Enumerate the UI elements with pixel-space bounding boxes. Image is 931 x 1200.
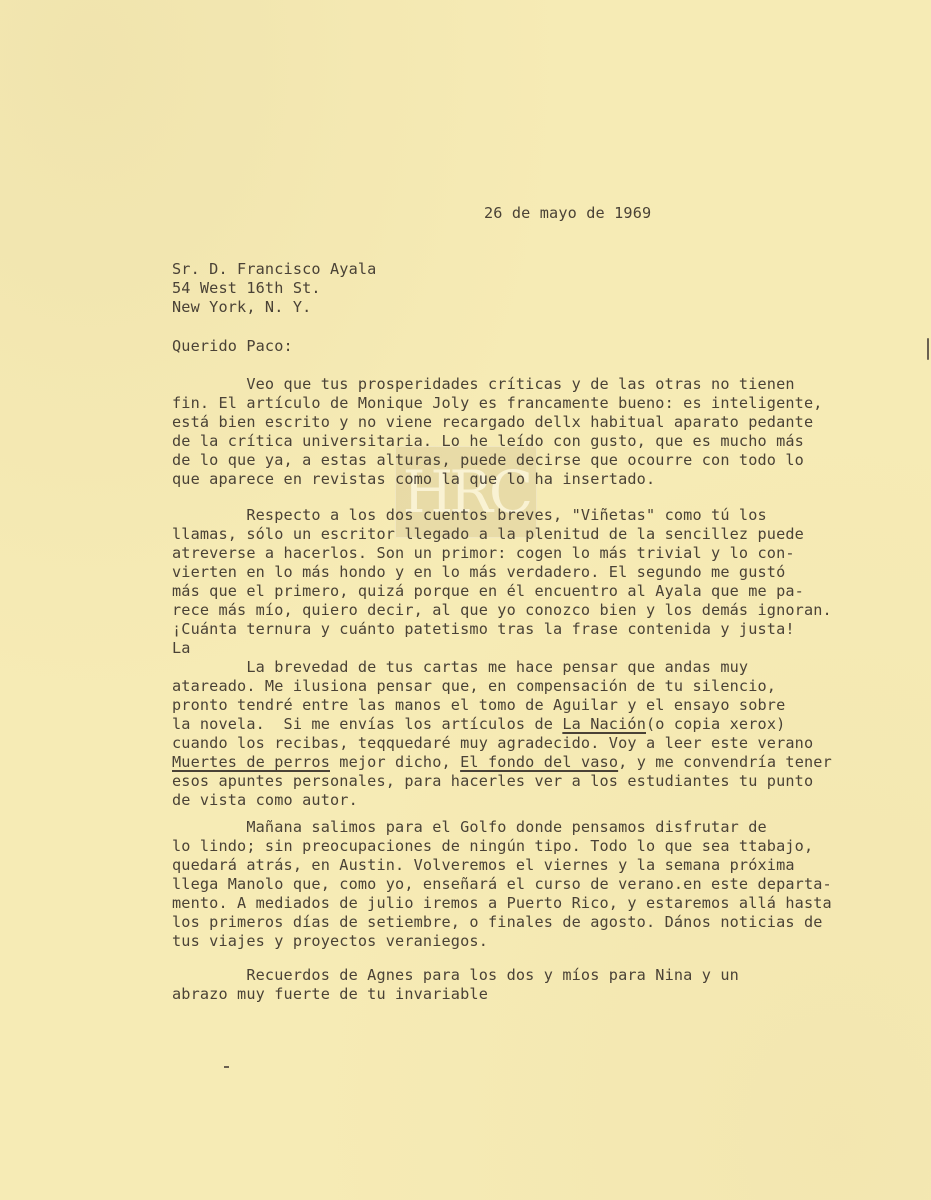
text-line: que aparece en revistas como la que lo h… bbox=[172, 470, 655, 489]
text-line: de vista como autor. bbox=[172, 791, 358, 810]
text-segment: , y me convendría tener bbox=[618, 753, 832, 771]
text-line: de la crítica universitaria. Lo he leído… bbox=[172, 432, 804, 451]
text-line: Recuerdos de Agnes para los dos y míos p… bbox=[172, 966, 739, 985]
recipient-street: 54 West 16th St. bbox=[172, 279, 321, 298]
text-line: quedará atrás, en Austin. Volveremos el … bbox=[172, 856, 795, 875]
underlined-title-muertes-de-perros: Muertes de perros bbox=[172, 753, 330, 771]
text-line: atareado. Me ilusiona pensar que, en com… bbox=[172, 677, 776, 696]
salutation: Querido Paco: bbox=[172, 337, 293, 356]
text-line: vierten en lo más hondo y en lo más verd… bbox=[172, 563, 785, 582]
text-line: más que el primero, quizá porque en él e… bbox=[172, 582, 804, 601]
text-line: los primeros días de setiembre, o finale… bbox=[172, 913, 823, 932]
text-line: la novela. Si me envías los artículos de… bbox=[172, 715, 785, 734]
text-line: atreverse a hacerlos. Son un primor: cog… bbox=[172, 544, 795, 563]
letter-date: 26 de mayo de 1969 bbox=[484, 204, 651, 223]
text-segment: la novela. Si me envías los artículos de bbox=[172, 715, 562, 733]
text-line: mento. A mediados de julio iremos a Puer… bbox=[172, 894, 832, 913]
recipient-city: New York, N. Y. bbox=[172, 298, 311, 317]
margin-mark bbox=[927, 338, 929, 360]
text-line: rece más mío, quiero decir, al que yo co… bbox=[172, 601, 832, 620]
text-line: pronto tendré entre las manos el tomo de… bbox=[172, 696, 785, 715]
recipient-name: Sr. D. Francisco Ayala bbox=[172, 260, 376, 279]
text-line: Veo que tus prosperidades críticas y de … bbox=[172, 375, 795, 394]
text-line: Muertes de perros mejor dicho, El fondo … bbox=[172, 753, 832, 772]
text-line: está bien escrito y no viene recargado d… bbox=[172, 413, 813, 432]
text-line: ¡Cuánta ternura y cuánto patetismo tras … bbox=[172, 620, 795, 639]
underlined-title-el-fondo-del-vaso: El fondo del vaso bbox=[460, 753, 618, 771]
text-line: abrazo muy fuerte de tu invariable bbox=[172, 985, 488, 1004]
text-line: La brevedad de tus cartas me hace pensar… bbox=[172, 658, 748, 677]
text-line: La bbox=[172, 639, 191, 658]
underlined-title-la-nacion: La Nación bbox=[562, 715, 646, 733]
text-line: llega Manolo que, como yo, enseñará el c… bbox=[172, 875, 832, 894]
text-line: fin. El artículo de Monique Joly es fran… bbox=[172, 394, 823, 413]
text-line: lo lindo; sin preocupaciones de ningún t… bbox=[172, 837, 813, 856]
stray-mark bbox=[224, 1066, 229, 1068]
text-line: Mañana salimos para el Golfo donde pensa… bbox=[172, 818, 767, 837]
text-line: de lo que ya, a estas alturas, puede dec… bbox=[172, 451, 804, 470]
text-segment: mejor dicho, bbox=[330, 753, 460, 771]
text-line: tus viajes y proyectos veraniegos. bbox=[172, 932, 488, 951]
text-line: llamas, sólo un escritor llegado a la pl… bbox=[172, 525, 804, 544]
text-line: Respecto a los dos cuentos breves, "Viñe… bbox=[172, 506, 767, 525]
text-line: esos apuntes personales, para hacerles v… bbox=[172, 772, 813, 791]
text-segment: (o copia xerox) bbox=[646, 715, 785, 733]
text-line: cuando los recibas, teqquedaré muy agrad… bbox=[172, 734, 813, 753]
